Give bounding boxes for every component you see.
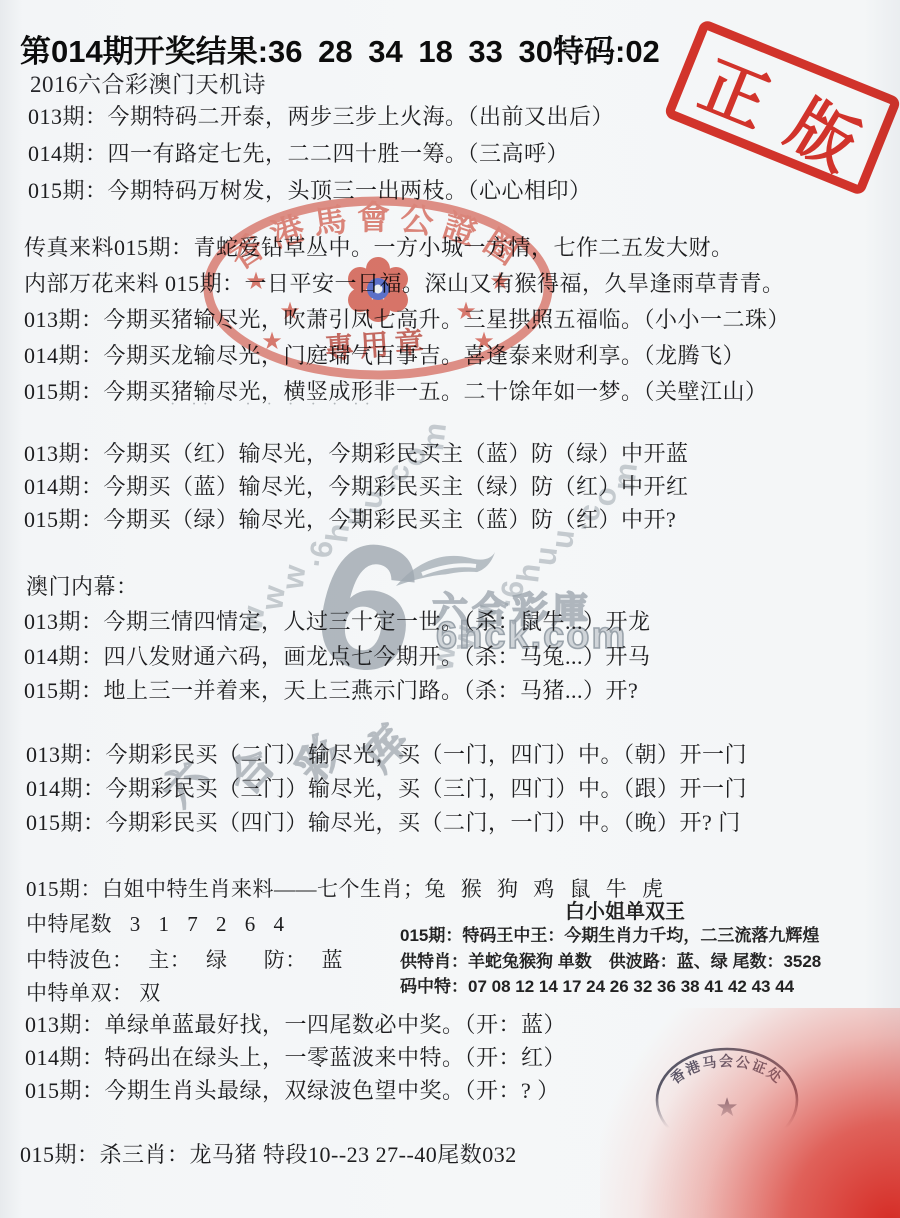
svg-text:香港马会公证处: 香港马会公证处 bbox=[668, 1053, 787, 1087]
color-line: 015期：今期买（绿）输尽光，今期彩民买主（蓝）防（红）中开? bbox=[24, 503, 676, 534]
baijie-tail-line: 中特尾数 3 1 7 2 6 4 bbox=[26, 908, 285, 938]
green-line: 015期：今期生肖头最绿，双绿波色望中奖。（开：? ） bbox=[25, 1074, 560, 1105]
danshuang-line: 供特肖：羊蛇兔猴狗 单数 供波路：蓝、绿 尾数：3528 bbox=[400, 947, 821, 972]
zhengban-stamp: 正 版 bbox=[663, 19, 900, 197]
stamp-char: 正 bbox=[688, 33, 785, 146]
macau-line: 013期：今期三情四情定，人过三十定一世。（杀：鼠牛...）开龙 bbox=[24, 605, 651, 636]
fax-line: 013期：今期买猪输尽光，吹萧引凤七高升。三星拱照五福临。（小小一二珠） bbox=[24, 303, 790, 334]
stamp-char: 版 bbox=[773, 73, 879, 188]
gate-line: 014期：今期彩民买（三门）输尽光，买（三门，四门）中。（跟）开一门 bbox=[26, 772, 747, 803]
stamp-arc-text: 香港马会公证处 bbox=[668, 1053, 787, 1087]
fax-line: 传真来料015期：青蛇爱钻草丛中。一方小城一方情，七作二五发大财。 bbox=[24, 231, 734, 262]
page-title: 第014期开奖结果:36 28 34 18 33 30特码:02 bbox=[20, 26, 660, 71]
danshuang-line: 码中特：07 08 12 14 17 24 26 32 36 38 41 42 … bbox=[400, 972, 794, 997]
poem-line: 014期：四一有路定七先，二二四十胜一筹。（三高呼） bbox=[28, 137, 569, 168]
footer-line: 015期：杀三肖：龙马猪 特段10--23 27--40尾数032 bbox=[20, 1138, 517, 1169]
danshuang-line: 015期：特码王中王：今期生肖力千均，二三流落九辉煌 bbox=[400, 921, 819, 946]
watermark-bird-icon bbox=[392, 548, 497, 594]
macau-heading: 澳门内幕： bbox=[26, 570, 139, 601]
baijie-wave-line: 中特波色： 主： 绿 防： 蓝 bbox=[26, 944, 343, 974]
fax-line: 014期：今期买龙输尽光，门庭瑞气百事吉。喜逢泰来财利享。（龙腾飞） bbox=[24, 339, 745, 370]
danshuang-title: 白小姐单双王 bbox=[400, 895, 850, 924]
notary-stamp: 香港马会公证处 ★ bbox=[650, 1038, 804, 1148]
fax-line: 内部万花来料 015期：一日平安一日福。深山又有猴得福，久旱逢雨草青青。 bbox=[24, 267, 785, 298]
poem-line: 015期：今期特码万树发，头顶三一出两枝。（心心相印） bbox=[28, 174, 592, 205]
lottery-sheet: 6 六合彩庫 6hck.com www.6huu.com www.6huu.co… bbox=[0, 0, 900, 1218]
clipped-line-artifact: · ·· ˙ · · ·˙· · ·· bbox=[170, 396, 470, 406]
green-line: 013期：单绿单蓝最好找，一四尾数必中奖。（开：蓝） bbox=[25, 1008, 566, 1039]
poem-line: 013期：今期特码二开泰，两步三步上火海。（出前又出后） bbox=[28, 100, 614, 131]
gate-line: 015期：今期彩民买（四门）输尽光，买（二门，一门）中。（晚）开? 门 bbox=[26, 806, 741, 837]
gate-line: 013期：今期彩民买（二门）输尽光，买（一门，四门）中。（朝）开一门 bbox=[26, 738, 747, 769]
color-line: 014期：今期买（蓝）输尽光，今期彩民买主（绿）防（红）中开红 bbox=[24, 470, 689, 501]
star-icon: ★ bbox=[715, 1093, 738, 1123]
red-ink-smudge bbox=[600, 1008, 900, 1218]
macau-line: 015期：地上三一并着来，天上三燕示门路。（杀：马猪...）开? bbox=[24, 674, 638, 705]
macau-line: 014期：四八发财通六码，画龙点七今期开。（杀：马兔...）开马 bbox=[24, 640, 651, 671]
color-line: 013期：今期买（红）输尽光，今期彩民买主（蓝）防（绿）中开蓝 bbox=[24, 437, 689, 468]
baijie-oddeven-line: 中特单双： 双 bbox=[26, 977, 161, 1007]
green-line: 014期：特码出在绿头上，一零蓝波来中特。（开：红） bbox=[25, 1041, 566, 1072]
poem-heading: 2016六合彩澳门天机诗 bbox=[30, 66, 266, 99]
